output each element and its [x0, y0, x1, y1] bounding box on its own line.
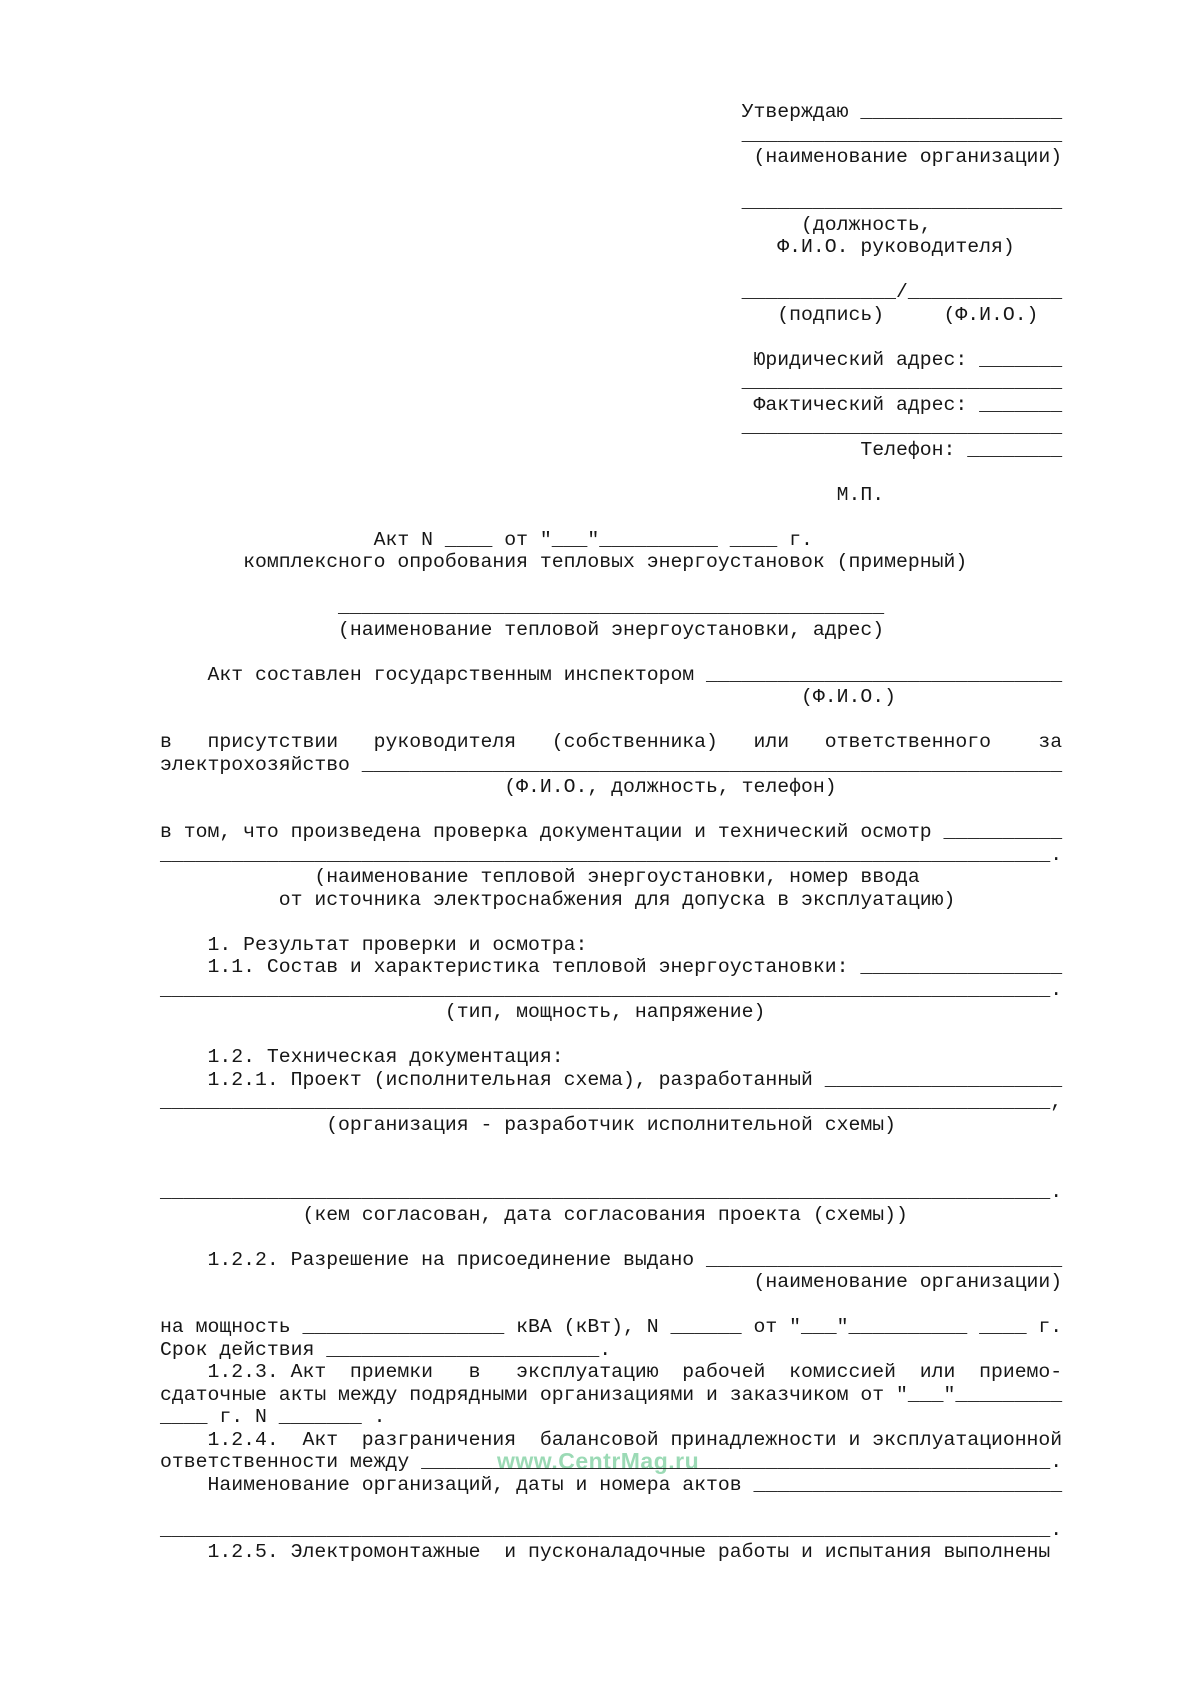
- document-blank-line: [160, 1226, 1062, 1249]
- document-line: (наименование организации): [160, 1271, 1062, 1294]
- document-line: (Ф.И.О.): [160, 686, 1062, 709]
- document-line: 1. Результат проверки и осмотра:: [160, 934, 1062, 957]
- document-blank-line: [160, 799, 1062, 822]
- document-line: ________________________________________…: [160, 1181, 1062, 1204]
- document-line: (организация - разработчик исполнительно…: [160, 1114, 1062, 1137]
- document-line: (тип, мощность, напряжение): [160, 1001, 1062, 1024]
- document-line: (наименование организации): [160, 146, 1062, 169]
- document-line: комплексного опробования тепловых энерго…: [160, 551, 1062, 574]
- document-blank-line: [160, 1294, 1062, 1317]
- document-line: 1.2.4. Акт разграничения балансовой прин…: [160, 1429, 1062, 1452]
- document-line: 1.2.1. Проект (исполнительная схема), ра…: [160, 1069, 1062, 1092]
- document-line: Наименование организаций, даты и номера …: [160, 1474, 1062, 1497]
- document-line: М.П.: [160, 484, 1062, 507]
- document-blank-line: [160, 641, 1062, 664]
- document-blank-line: [160, 326, 1062, 349]
- document-line: _____________/_____________: [160, 281, 1062, 304]
- document-blank-line: [160, 574, 1062, 597]
- document-blank-line: [160, 1136, 1062, 1159]
- document-line: Юридический адрес: _______: [160, 349, 1062, 372]
- document-line: Ф.И.О. руководителя): [160, 236, 1062, 259]
- document-line: в том, что произведена проверка документ…: [160, 821, 1062, 844]
- document-line: (подпись) (Ф.И.О.): [160, 304, 1062, 327]
- document-line: Срок действия _______________________.: [160, 1339, 1062, 1362]
- document-blank-line: [160, 709, 1062, 732]
- document-line: 1.2.5. Электромонтажные и пусконаладочны…: [160, 1541, 1062, 1564]
- document-line: 1.2.3. Акт приемки в эксплуатацию рабоче…: [160, 1361, 1062, 1384]
- document-blank-line: [160, 506, 1062, 529]
- document-line: (наименование тепловой энергоустановки, …: [160, 619, 1062, 642]
- document-blank-line: [160, 1024, 1062, 1047]
- document-line: (кем согласован, дата согласования проек…: [160, 1204, 1062, 1227]
- document-blank-line: [160, 169, 1062, 192]
- document-blank-line: [160, 1159, 1062, 1182]
- document-line: (Ф.И.О., должность, телефон): [160, 776, 1062, 799]
- document-line: в присутствии руководителя (собственника…: [160, 731, 1062, 754]
- document-line: сдаточные акты между подрядными организа…: [160, 1384, 1062, 1407]
- document-line: (наименование тепловой энергоустановки, …: [160, 866, 1062, 889]
- document-line: Телефон: ________: [160, 439, 1062, 462]
- document-line: ____ г. N _______ .: [160, 1406, 1062, 1429]
- document-line: ________________________________________…: [160, 596, 1062, 619]
- document-line: ответственности между __________________…: [160, 1451, 1062, 1474]
- document-line: ___________________________: [160, 416, 1062, 439]
- document-line: ________________________________________…: [160, 979, 1062, 1002]
- document-line: 1.2. Техническая документация:: [160, 1046, 1062, 1069]
- document-blank-line: [160, 1496, 1062, 1519]
- document-line: ________________________________________…: [160, 1091, 1062, 1114]
- document-line: Фактический адрес: _______: [160, 394, 1062, 417]
- document-page: www.CentrMag.ru Утверждаю ______________…: [0, 0, 1200, 1700]
- document-line: электрохозяйство _______________________…: [160, 754, 1062, 777]
- document-line: ___________________________: [160, 371, 1062, 394]
- document-line: на мощность _________________ кВА (кВт),…: [160, 1316, 1062, 1339]
- document-line: ________________________________________…: [160, 844, 1062, 867]
- document-body: Утверждаю _________________ ____________…: [160, 101, 1062, 1564]
- document-line: 1.1. Состав и характеристика тепловой эн…: [160, 956, 1062, 979]
- document-line: от источника электроснабжения для допуск…: [160, 889, 1062, 912]
- document-line: ___________________________: [160, 191, 1062, 214]
- document-line: 1.2.2. Разрешение на присоединение выдан…: [160, 1249, 1062, 1272]
- document-blank-line: [160, 911, 1062, 934]
- document-line: (должность,: [160, 214, 1062, 237]
- document-blank-line: [160, 259, 1062, 282]
- document-line: Акт N ____ от "___"__________ ____ г.: [160, 529, 1062, 552]
- document-line: ________________________________________…: [160, 1519, 1062, 1542]
- document-line: ___________________________: [160, 124, 1062, 147]
- document-line: Утверждаю _________________: [160, 101, 1062, 124]
- document-blank-line: [160, 461, 1062, 484]
- document-line: Акт составлен государственным инспекторо…: [160, 664, 1062, 687]
